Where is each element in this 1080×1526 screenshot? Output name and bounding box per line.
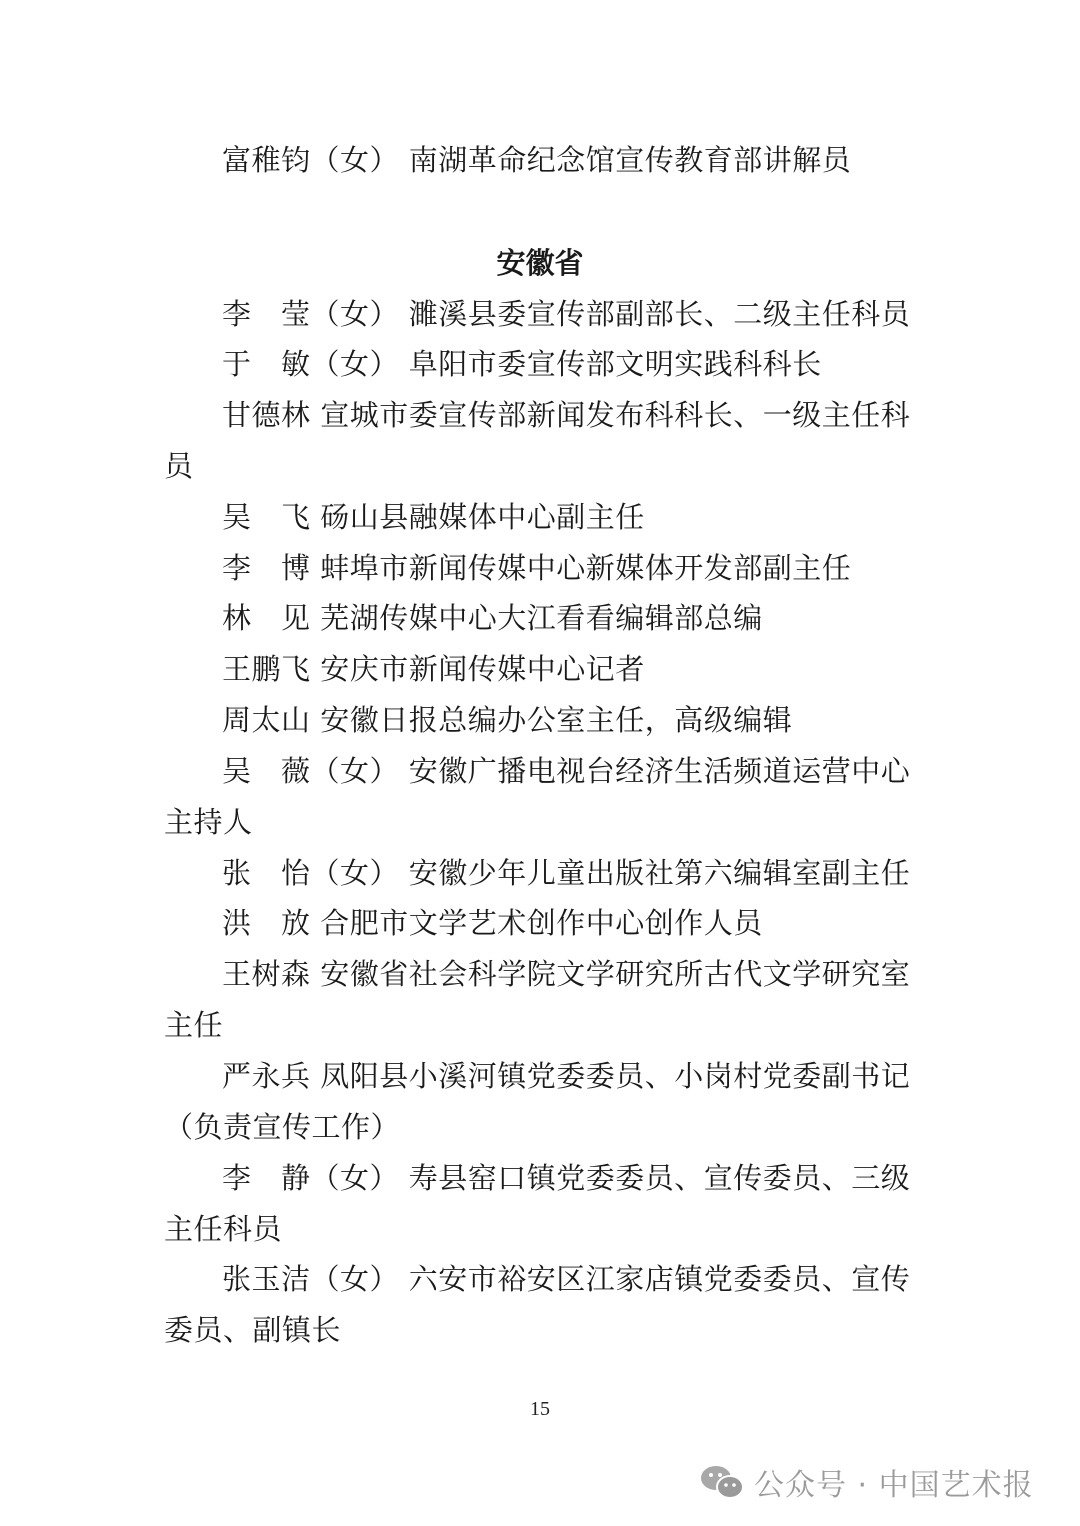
wechat-icon — [700, 1464, 744, 1500]
text-line: 于 敏（女） 阜阳市委宣传部文明实践科科长 — [222, 346, 822, 382]
text-line-continuation: 主持人 — [164, 804, 253, 840]
document-page: 富稚钧（女） 南湖革命纪念馆宣传教育部讲解员安徽省李 莹（女） 濉溪县委宣传部副… — [0, 0, 1080, 1526]
text-line: 严永兵 凤阳县小溪河镇党委委员、小岗村党委副书记 — [222, 1058, 910, 1094]
text-line: 林 见 芜湖传媒中心大江看看编辑部总编 — [222, 600, 763, 636]
text-line: 王鹏飞 安庆市新闻传媒中心记者 — [222, 651, 645, 687]
text-line: 张 怡（女） 安徽少年儿童出版社第六编辑室副主任 — [222, 855, 910, 891]
section-heading: 安徽省 — [0, 245, 1080, 281]
text-line: 周太山 安徽日报总编办公室主任，高级编辑 — [222, 702, 792, 738]
text-line: 张玉洁（女） 六安市裕安区江家店镇党委委员、宣传 — [222, 1261, 910, 1297]
text-line: 吴 薇（女） 安徽广播电视台经济生活频道运营中心 — [222, 753, 910, 789]
text-line: 洪 放 合肥市文学艺术创作中心创作人员 — [222, 905, 763, 941]
text-line-continuation: 员 — [164, 448, 194, 484]
text-line-continuation: 委员、副镇长 — [164, 1312, 341, 1348]
text-line: 李 静（女） 寿县窑口镇党委委员、宣传委员、三级 — [222, 1160, 910, 1196]
text-line: 王树森 安徽省社会科学院文学研究所古代文学研究室 — [222, 956, 910, 992]
text-line-continuation: 主任科员 — [164, 1211, 282, 1247]
watermark-text: 公众号 · 中国艺术报 — [754, 1460, 1034, 1504]
text-line: 吴 飞 砀山县融媒体中心副主任 — [222, 499, 645, 535]
text-line-continuation: （负责宣传工作） — [164, 1109, 400, 1145]
text-line: 甘德林 宣城市委宣传部新闻发布科科长、一级主任科 — [222, 397, 910, 433]
page-number: 15 — [0, 1398, 1080, 1421]
text-line: 富稚钧（女） 南湖革命纪念馆宣传教育部讲解员 — [222, 142, 851, 178]
watermark: 公众号 · 中国艺术报 — [700, 1462, 1034, 1502]
text-line: 李 莹（女） 濉溪县委宣传部副部长、二级主任科员 — [222, 296, 910, 332]
text-line: 李 博 蚌埠市新闻传媒中心新媒体开发部副主任 — [222, 550, 851, 586]
text-line-continuation: 主任 — [164, 1007, 223, 1043]
